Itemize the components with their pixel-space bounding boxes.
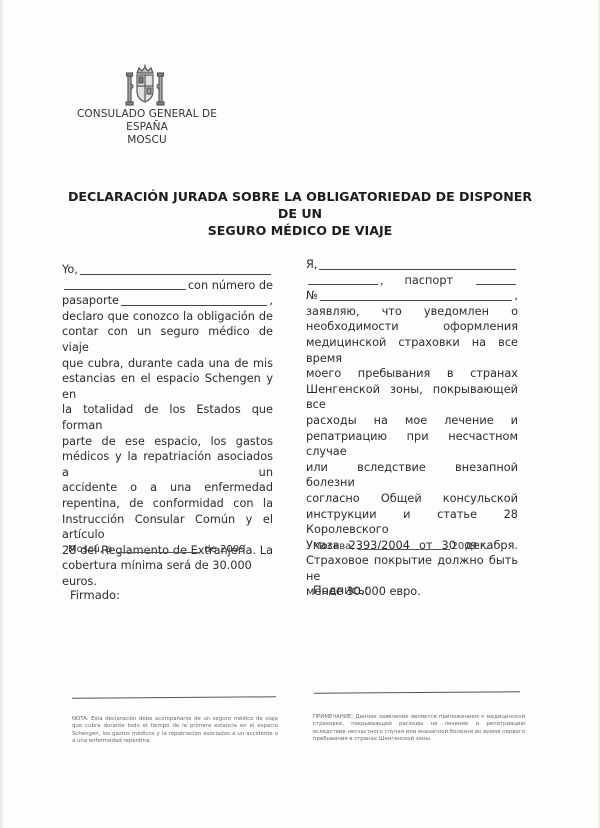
- spanish-body-line: que cubra, durante cada una de mis: [62, 356, 273, 372]
- russian-body-line: Шенгенской зоны, покрывающей все: [306, 382, 518, 413]
- title-line-2: SEGURO MÉDICO DE VIAJE: [60, 222, 540, 239]
- signature-field-ru[interactable]: [314, 691, 520, 693]
- passport-label-ru: паспорт: [384, 273, 474, 289]
- footnote-ru: ПРИМЕЧАНИЕ: Данное заявление является пр…: [313, 714, 525, 744]
- russian-body-line: репатриацию при несчастном случае: [306, 429, 518, 460]
- name-line-es: Yo,: [62, 262, 273, 278]
- passport-number-field-ru[interactable]: [320, 299, 513, 301]
- russian-body-line: согласно Общей консульской: [306, 491, 518, 507]
- russian-body-line: моего пребывания в странах: [306, 366, 518, 382]
- spanish-body-line: parte de ese espacio, los gastos: [62, 434, 273, 450]
- comma: ,: [514, 288, 518, 304]
- spanish-body-line: cobertura mínima será de 30.000 euros.: [62, 558, 273, 589]
- title-line-1: DECLARACIÓN JURADA SOBRE LA OBLIGATORIED…: [60, 188, 540, 222]
- russian-body-line: медицинской страховки на все время: [306, 335, 518, 366]
- spanish-body-line: repentina, de conformidad con la: [62, 496, 273, 512]
- date-prefix-ru: Москва,: [313, 541, 354, 552]
- russian-body-line: Страховое покрытие должно быть не: [306, 553, 518, 584]
- date-suffix-ru: 2009 г.: [451, 541, 488, 552]
- date-field-ru[interactable]: [358, 549, 450, 550]
- consulate-title: CONSULADO GENERAL DE ESPAÑA: [77, 108, 217, 133]
- spanish-declaration: Yo, con número de pasaporte , declaro qu…: [62, 262, 273, 589]
- passport-line-ru: , паспорт: [306, 273, 518, 289]
- document-title: DECLARACIÓN JURADA SOBRE LA OBLIGATORIED…: [60, 188, 540, 239]
- scan-edge-left: [0, 0, 4, 828]
- spanish-coat-of-arms-icon: [122, 64, 168, 110]
- ya-label: Я,: [306, 257, 317, 273]
- spanish-body-line: accidente o a una enfermedad: [62, 480, 273, 496]
- signature-field-es[interactable]: [72, 696, 276, 698]
- pasaporte-line: pasaporte ,: [62, 293, 273, 309]
- spanish-body-line: contar con un seguro médico de viaje: [62, 324, 273, 355]
- russian-body-line: инструкции и статье 28 Королевского: [306, 507, 518, 538]
- spanish-body-line: declaro que conozco la obligación de: [62, 309, 273, 325]
- passport-number-label: con número de: [188, 278, 273, 294]
- passport-number-line-es: con número de: [62, 278, 273, 294]
- pasaporte-label: pasaporte: [62, 293, 119, 309]
- signature-label-es: Firmado:: [70, 588, 120, 602]
- name-field-es-continued[interactable]: [64, 288, 186, 290]
- spanish-body-line: médicos y la repatriación asociados a un: [62, 449, 273, 480]
- comma: ,: [269, 293, 273, 309]
- spanish-body-line: la totalidad de los Estados que forman: [62, 402, 273, 433]
- name-field-ru-continued[interactable]: [308, 283, 378, 285]
- footnote-es: NOTA: Esta declaración debe acompañarse …: [72, 716, 278, 746]
- document-page: CONSULADO GENERAL DE ESPAÑA MOSCU DECLAR…: [0, 0, 600, 828]
- signature-label-ru: Подпись:: [313, 583, 369, 597]
- name-field-ru[interactable]: [319, 268, 516, 270]
- russian-body-line: заявляю, что уведомлен о: [306, 304, 518, 320]
- number-label-ru: №: [306, 288, 318, 304]
- russian-body-line: или вследствие внезапной болезни: [306, 460, 518, 491]
- date-prefix-es: Moscú, a: [68, 544, 112, 555]
- date-field-es[interactable]: [116, 552, 200, 553]
- consulate-name: CONSULADO GENERAL DE ESPAÑA MOSCU: [62, 108, 232, 147]
- russian-body-line: расходы на мое лечение и: [306, 413, 518, 429]
- yo-label: Yo,: [62, 262, 78, 278]
- name-line-ru: Я,: [306, 257, 518, 273]
- name-field-es[interactable]: [80, 273, 271, 275]
- russian-body-text: заявляю, что уведомлен онеобходимости оф…: [306, 304, 518, 600]
- passport-field-es[interactable]: [121, 304, 267, 306]
- consulate-city: MOSCU: [62, 134, 232, 147]
- date-line-ru: Москва, 2009 г.: [313, 541, 489, 552]
- date-line-es: Moscú, a de 2009: [68, 544, 245, 555]
- spanish-body-line: Instrucción Consular Común y el artículo: [62, 512, 273, 543]
- passport-series-field-ru[interactable]: [476, 283, 516, 285]
- spanish-body-line: estancias en el espacio Schengen y en: [62, 371, 273, 402]
- russian-body-line: необходимости оформления: [306, 319, 518, 335]
- date-suffix-es: de 2009: [204, 544, 245, 555]
- passport-number-line-ru: № ,: [306, 288, 518, 304]
